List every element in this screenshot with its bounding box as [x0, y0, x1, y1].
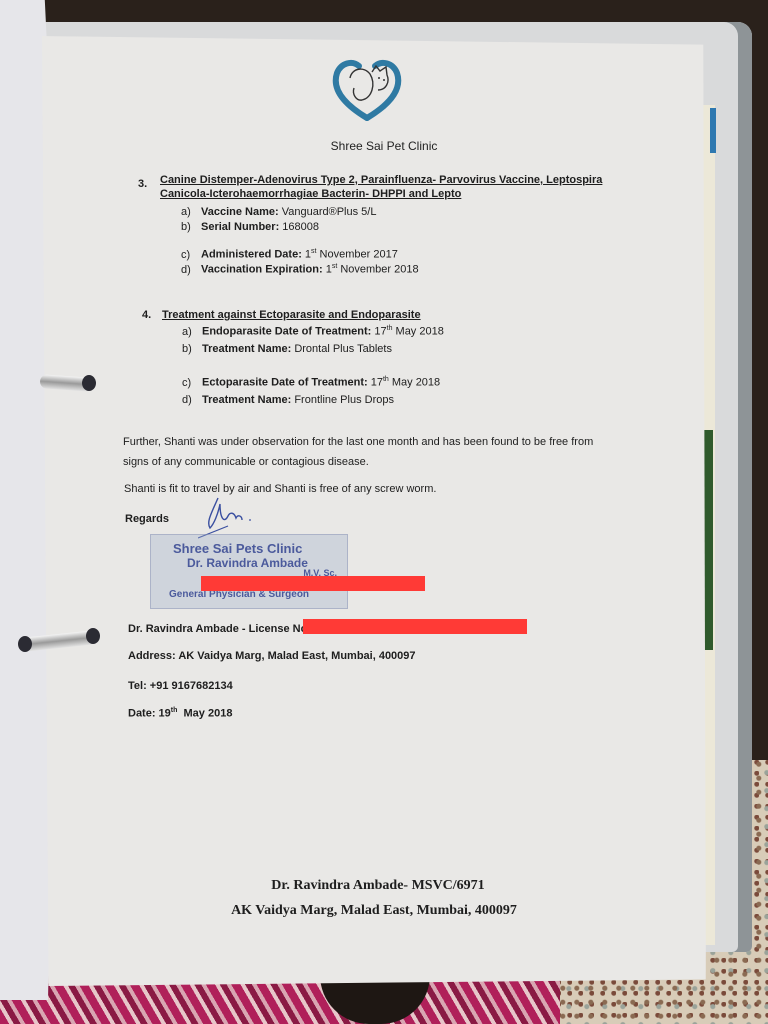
list-item: b)Treatment Name: Drontal Plus Tablets [182, 343, 392, 355]
regards-text: Regards [125, 513, 169, 525]
list-item: a)Endoparasite Date of Treatment: 17th M… [182, 325, 444, 338]
list-item: c)Administered Date: 1st November 2017 [181, 248, 398, 261]
address-line: Address: AK Vaidya Marg, Malad East, Mum… [128, 650, 416, 662]
section-title-cont: Canicola-Icterohaemorrhagiae Bacterin- D… [160, 188, 461, 200]
list-item: d)Treatment Name: Frontline Plus Drops [182, 394, 394, 406]
observation-line-2: signs of any communicable or contagious … [123, 456, 369, 468]
observation-line-1: Further, Shanti was under observation fo… [123, 436, 593, 448]
fit-to-travel-statement: Shanti is fit to travel by air and Shant… [124, 483, 436, 495]
list-item: d)Vaccination Expiration: 1st November 2… [181, 263, 419, 276]
section-title: Treatment against Ectoparasite and Endop… [162, 309, 421, 321]
clinic-stamp: Shree Sai Pets Clinic Dr. Ravindra Ambad… [150, 534, 348, 609]
section-number: 3. [138, 178, 147, 190]
section-title: Canine Distemper-Adenovirus Type 2, Para… [160, 174, 602, 186]
list-item: c)Ectoparasite Date of Treatment: 17th M… [182, 376, 440, 389]
heart-hands-dog-cat-logo-icon [332, 58, 402, 122]
footer-address: AK Vaidya Marg, Malad East, Mumbai, 4000… [0, 903, 758, 919]
list-item: b)Serial Number: 168008 [181, 221, 319, 233]
redaction-bar-stamp [201, 576, 425, 591]
license-label: Dr. Ravindra Ambade - License No: [128, 623, 311, 635]
redaction-bar-license [303, 619, 527, 634]
clinic-name: Shree Sai Pet Clinic [0, 139, 768, 153]
telephone-line: Tel: +91 9167682134 [128, 680, 233, 692]
footer-doctor-name: Dr. Ravindra Ambade- MSVC/6971 [0, 878, 762, 894]
date-line: Date: 19th May 2018 [128, 707, 232, 720]
section-number: 4. [142, 309, 151, 321]
list-item: a)Vaccine Name: Vanguard®Plus 5/L [181, 206, 376, 218]
